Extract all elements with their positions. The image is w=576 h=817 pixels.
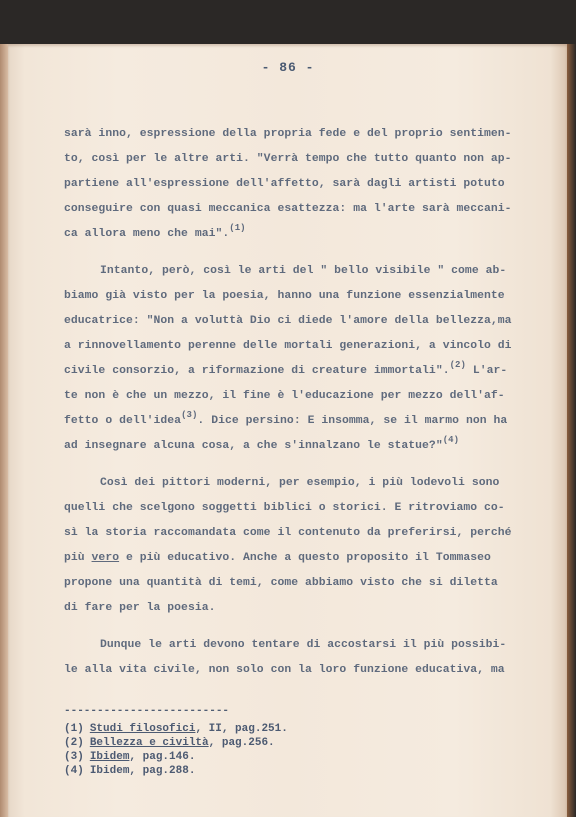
footnote-reference: (3) [181,410,197,420]
line-text: Dunque le arti devono tentare di accosta… [100,639,506,651]
text-line: Così dei pittori moderni, per esempio, i… [100,477,499,489]
line-text: propone una quantità di temi, come abbia… [64,577,498,589]
text-line: più vero e più educativo. Anche a questo… [64,552,491,564]
line-text: te non è che un mezzo, il fine è l'educa… [64,390,505,402]
text-line: conseguire con quasi meccanica esattezza… [64,203,512,215]
line-text: di fare per la poesia. [64,602,215,614]
text-line: biamo già visto per la poesia, hanno una… [64,290,505,302]
text-line: to, così per le altre arti. "Verrà tempo… [64,153,512,165]
line-text: ad insegnare alcuna cosa, a che s'innalz… [64,440,443,452]
line-text: partiene all'espressione dell'affetto, s… [64,178,505,190]
footnote-number: (2) [64,737,84,749]
text-line: civile consorzio, a riformazione di crea… [64,365,507,377]
text-line: te non è che un mezzo, il fine è l'educa… [64,390,505,402]
text-line: di fare per la poesia. [64,602,215,614]
text-line: quelli che scelgono soggetti biblici o s… [64,502,505,514]
text-line: fetto o dell'idea(3). Dice persino: E in… [64,415,507,427]
footnote: (4)Ibidem, pag.288. [64,765,195,777]
line-text: civile consorzio, a riformazione di crea… [64,365,450,377]
line-text: fetto o dell'idea [64,415,181,427]
footnote-citation: , II, pag.251. [195,723,287,735]
text-line: sì la storia raccomandata come il conten… [64,527,512,539]
underlined-word: vero [92,552,120,564]
footnote-number: (4) [64,765,84,777]
line-text-continued: . Dice persino: E insomma, se il marmo n… [197,415,507,427]
footnote-title: Ibidem [90,751,130,763]
line-text: to, così per le altre arti. "Verrà tempo… [64,153,512,165]
line-text: sì la storia raccomandata come il conten… [64,527,512,539]
page-number: - 86 - [0,60,576,75]
scan-left-edge [0,44,8,817]
footnote: (2)Bellezza e civiltà, pag.256. [64,737,275,749]
line-text-continued: e più educativo. Anche a questo proposit… [119,552,491,564]
text-line: Dunque le arti devono tentare di accosta… [100,639,506,651]
footnote-reference: (1) [229,223,245,233]
scan-right-edge [567,44,576,817]
footnote-number: (1) [64,723,84,735]
line-text: biamo già visto per la poesia, hanno una… [64,290,505,302]
line-text: sarà inno, espressione della propria fed… [64,128,512,140]
line-text: Intanto, però, così le arti del " bello … [100,265,506,277]
footnote-title: Bellezza e civiltà [90,737,209,749]
footnote-number: (3) [64,751,84,763]
text-line: le alla vita civile, non solo con la lor… [64,664,505,676]
text-line: a rinnovellamento perenne delle mortali … [64,340,512,352]
footnote-citation: Ibidem, pag.288. [90,765,196,777]
footnote-reference: (2) [450,360,466,370]
footnote: (1)Studi filosofici, II, pag.251. [64,723,288,735]
footnote-separator: ------------------------- [64,705,229,717]
line-text: le alla vita civile, non solo con la lor… [64,664,505,676]
text-line: Intanto, però, così le arti del " bello … [100,265,506,277]
text-line: ca allora meno che mai".(1) [64,228,246,240]
text-line: sarà inno, espressione della propria fed… [64,128,512,140]
line-text: quelli che scelgono soggetti biblici o s… [64,502,505,514]
footnote-title: Studi filosofici [90,723,196,735]
line-text: educatrice: "Non a voluttà Dio ci diede … [64,315,512,327]
text-line: partiene all'espressione dell'affetto, s… [64,178,505,190]
line-text-continued: L'ar- [466,365,507,377]
line-text: più [64,552,92,564]
text-line: propone una quantità di temi, come abbia… [64,577,498,589]
line-text: a rinnovellamento perenne delle mortali … [64,340,512,352]
text-line: educatrice: "Non a voluttà Dio ci diede … [64,315,512,327]
footnote-citation: , pag.256. [209,737,275,749]
footnote-reference: (4) [443,435,459,445]
footnote: (3)Ibidem, pag.146. [64,751,195,763]
line-text: ca allora meno che mai". [64,228,229,240]
text-line: ad insegnare alcuna cosa, a che s'innalz… [64,440,459,452]
line-text: Così dei pittori moderni, per esempio, i… [100,477,499,489]
footnote-citation: , pag.146. [129,751,195,763]
line-text: conseguire con quasi meccanica esattezza… [64,203,512,215]
